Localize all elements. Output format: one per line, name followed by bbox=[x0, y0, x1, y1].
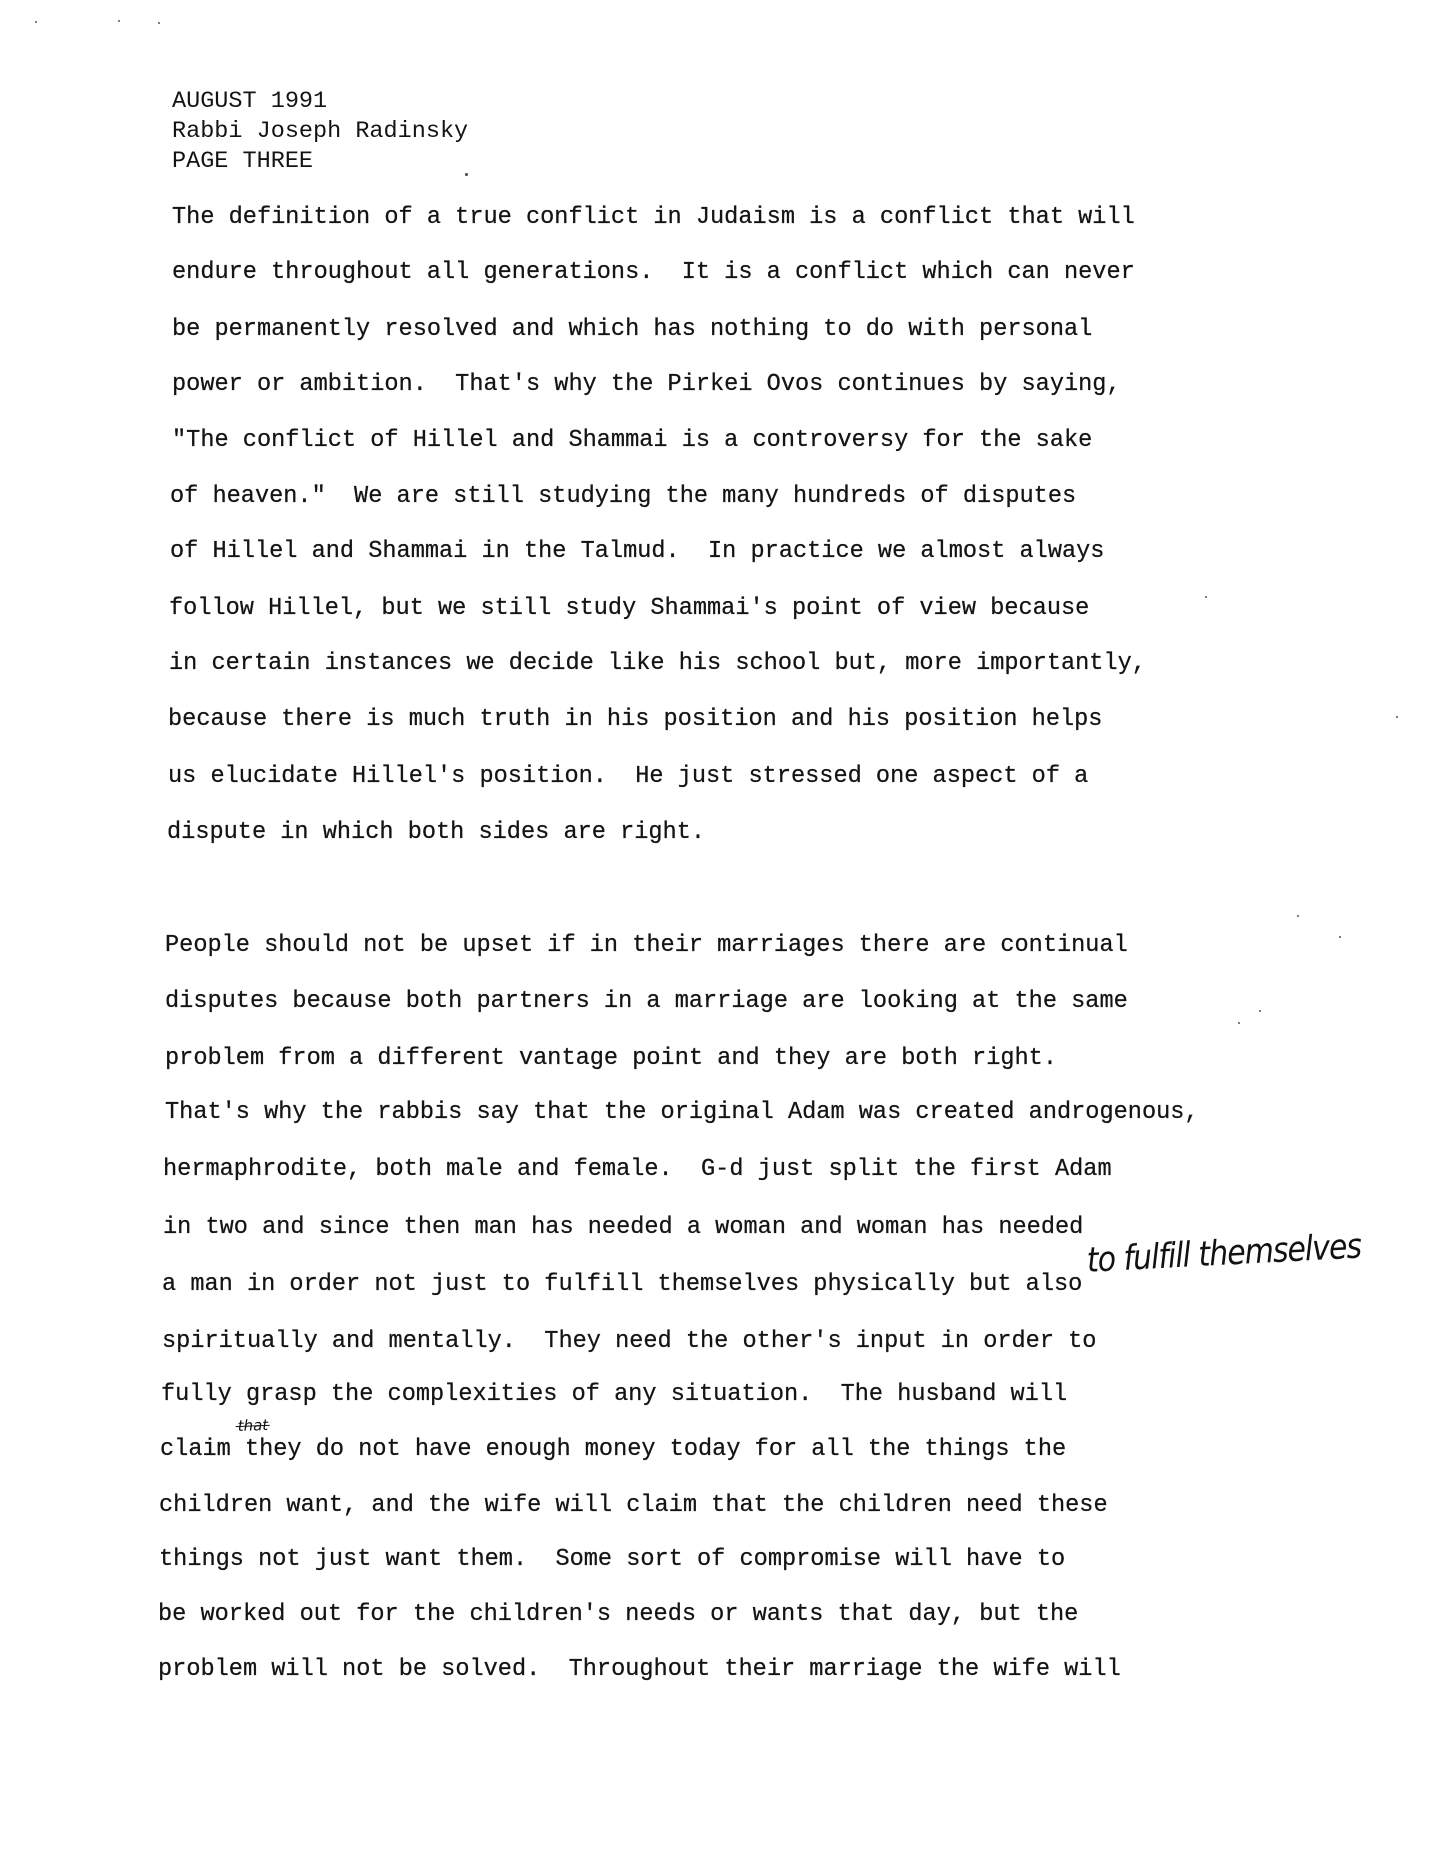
handwritten-interlinear-annotation: that bbox=[237, 1416, 268, 1435]
text-line: in certain instances we decide like his … bbox=[169, 650, 1146, 678]
text-line: That's why the rabbis say that the origi… bbox=[165, 1099, 1199, 1127]
text-line: follow Hillel, but we still study Shamma… bbox=[169, 595, 1089, 623]
text-line: The definition of a true conflict in Jud… bbox=[172, 204, 1135, 232]
scan-speck bbox=[35, 21, 37, 23]
text-line: spiritually and mentally. They need the … bbox=[162, 1328, 1096, 1356]
text-line: be permanently resolved and which has no… bbox=[172, 316, 1092, 344]
text-line: "The conflict of Hillel and Shammai is a… bbox=[172, 427, 1092, 455]
scan-speck bbox=[118, 20, 120, 22]
text-line: things not just want them. Some sort of … bbox=[159, 1546, 1065, 1574]
text-line: hermaphrodite, both male and female. G-d… bbox=[163, 1156, 1112, 1184]
scan-speck bbox=[465, 173, 468, 176]
text-line: of heaven." We are still studying the ma… bbox=[170, 483, 1076, 511]
text-line: claim they do not have enough money toda… bbox=[160, 1436, 1066, 1464]
text-line: endure throughout all generations. It is… bbox=[172, 259, 1135, 287]
text-line: problem will not be solved. Throughout t… bbox=[158, 1656, 1121, 1684]
text-line: because there is much truth in his posit… bbox=[168, 706, 1102, 734]
text-line: children want, and the wife will claim t… bbox=[159, 1492, 1108, 1520]
text-line: problem from a different vantage point a… bbox=[165, 1045, 1057, 1073]
text-line: disputes because both partners in a marr… bbox=[165, 988, 1128, 1016]
text-line: in two and since then man has needed a w… bbox=[163, 1214, 1083, 1242]
text-line: power or ambition. That's why the Pirkei… bbox=[172, 371, 1121, 399]
text-line: fully grasp the complexities of any situ… bbox=[161, 1381, 1067, 1409]
text-line: a man in order not just to fulfill thems… bbox=[162, 1271, 1082, 1299]
scan-speck bbox=[1297, 915, 1299, 917]
scan-speck bbox=[1339, 936, 1341, 938]
document-page: AUGUST 1991 Rabbi Joseph Radinsky PAGE T… bbox=[0, 0, 1430, 1851]
scan-speck bbox=[158, 22, 160, 24]
header-page-number: PAGE THREE bbox=[172, 148, 313, 176]
text-line: us elucidate Hillel's position. He just … bbox=[168, 763, 1088, 791]
scan-speck bbox=[1238, 1022, 1240, 1024]
text-line: be worked out for the children's needs o… bbox=[158, 1601, 1078, 1629]
scan-speck bbox=[1396, 716, 1398, 718]
header-date: AUGUST 1991 bbox=[172, 88, 327, 116]
handwritten-margin-annotation: to fulfill themselves bbox=[1086, 1226, 1362, 1281]
text-line: dispute in which both sides are right. bbox=[167, 819, 705, 847]
text-line: People should not be upset if in their m… bbox=[165, 932, 1128, 960]
scan-speck bbox=[1259, 1010, 1261, 1012]
text-line: of Hillel and Shammai in the Talmud. In … bbox=[170, 538, 1104, 566]
scan-speck bbox=[1205, 596, 1207, 598]
header-author: Rabbi Joseph Radinsky bbox=[172, 118, 468, 146]
